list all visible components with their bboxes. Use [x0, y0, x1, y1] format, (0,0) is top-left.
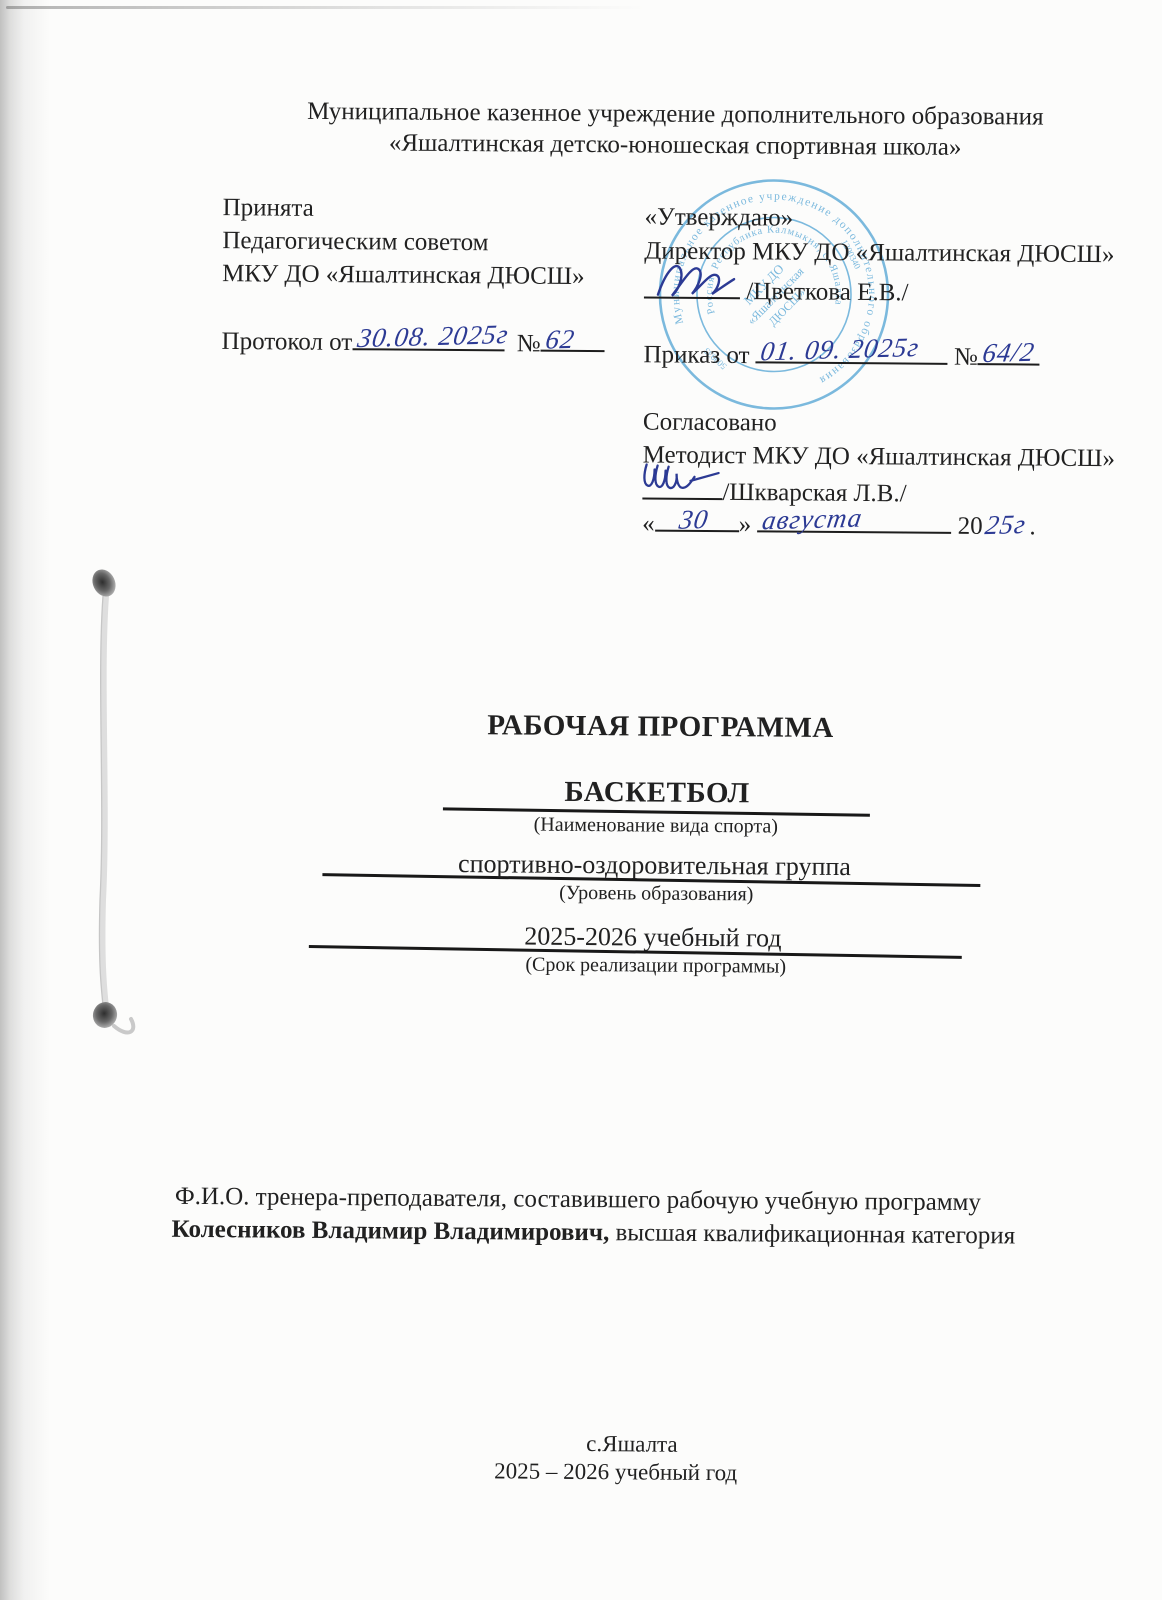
- quote-open: «: [642, 510, 655, 537]
- protocol-label: Протокол от: [221, 328, 352, 356]
- director-signature: [652, 257, 742, 303]
- document-page: Муниципальное казенное учреждение дополн…: [0, 0, 1162, 1600]
- protocol-number-handwriting: 62: [544, 324, 578, 356]
- order-date-handwriting: 01. 09. 2025г: [759, 332, 922, 367]
- protocol-date-handwriting: 30.08. 2025г: [355, 319, 510, 354]
- order-number-handwriting: 64/2: [981, 336, 1038, 369]
- accepted-by: Педагогическим советом: [222, 227, 488, 257]
- protocol-line: Протокол от30.08. 2025г №62: [221, 323, 604, 359]
- order-line: Приказ от 01. 09. 2025г №64/2: [643, 336, 1040, 372]
- author-intro: Ф.И.О. тренера-преподавателя, составивше…: [175, 1183, 981, 1217]
- month-blank: августа: [757, 506, 951, 533]
- document-title: РАБОЧАЯ ПРОГРАММА: [160, 707, 1160, 748]
- order-number-blank: 64/2: [978, 339, 1040, 365]
- day-blank: 30: [655, 506, 739, 532]
- protocol-date-blank: 30.08. 2025г: [352, 324, 504, 351]
- string: [102, 596, 106, 1008]
- protocol-number-blank: 62: [541, 326, 605, 352]
- methodist-signature-stroke: [644, 464, 718, 488]
- day-handwriting: 30: [677, 504, 711, 536]
- quote-close: »: [739, 511, 752, 538]
- approve-label: «Утверждаю»: [644, 203, 793, 232]
- order-number-sign: №: [954, 344, 978, 371]
- agreed-date-line: «30» августа 2025г .: [642, 505, 1036, 541]
- director-name: /Цветкова Е.В./: [746, 278, 908, 306]
- author-name: Колесников Владимир Владимирович,: [172, 1216, 610, 1246]
- binding-hole-top: [88, 566, 120, 601]
- sport-caption: (Наименование вида спорта): [156, 811, 1156, 842]
- year-prefix: 20: [958, 513, 983, 540]
- order-label: Приказ от: [643, 341, 749, 369]
- scanned-content: Муниципальное казенное учреждение дополн…: [0, 0, 1162, 1600]
- org-header-line2: «Яшалтинская детско-юношеская спортивная…: [175, 128, 1162, 164]
- year-handwriting: 25г: [983, 509, 1028, 541]
- scan-left-edge-shadow: [0, 0, 52, 1600]
- string-tail: [114, 1019, 133, 1032]
- director-signature-stroke: [658, 266, 734, 296]
- binding-string: [70, 540, 150, 1060]
- sport-name: БАСКЕТБОЛ: [157, 773, 1157, 814]
- protocol-number-sign: №: [517, 330, 541, 357]
- accepted-org: МКУ ДО «Яшалтинская ДЮСШ»: [222, 260, 585, 291]
- program-term: 2025-2026 учебный год: [153, 919, 1153, 957]
- date-period: .: [1029, 513, 1035, 540]
- scan-top-edge-shadow: [6, 6, 646, 9]
- methodist-signature: [638, 456, 733, 497]
- org-header-line1: Муниципальное казенное учреждение дополн…: [175, 97, 1162, 133]
- author-category: высшая квалификационная категория: [609, 1219, 1015, 1249]
- footer-year: 2025 – 2026 учебный год: [116, 1455, 1116, 1489]
- month-handwriting: августа: [760, 502, 865, 536]
- education-level: спортивно-оздоровительная группа: [154, 847, 1154, 885]
- order-date-blank: 01. 09. 2025г: [756, 337, 948, 364]
- accepted-label: Принята: [223, 194, 314, 223]
- author-name-line: Колесников Владимир Владимирович, высшая…: [172, 1216, 1016, 1251]
- agreed-label: Согласовано: [643, 408, 777, 437]
